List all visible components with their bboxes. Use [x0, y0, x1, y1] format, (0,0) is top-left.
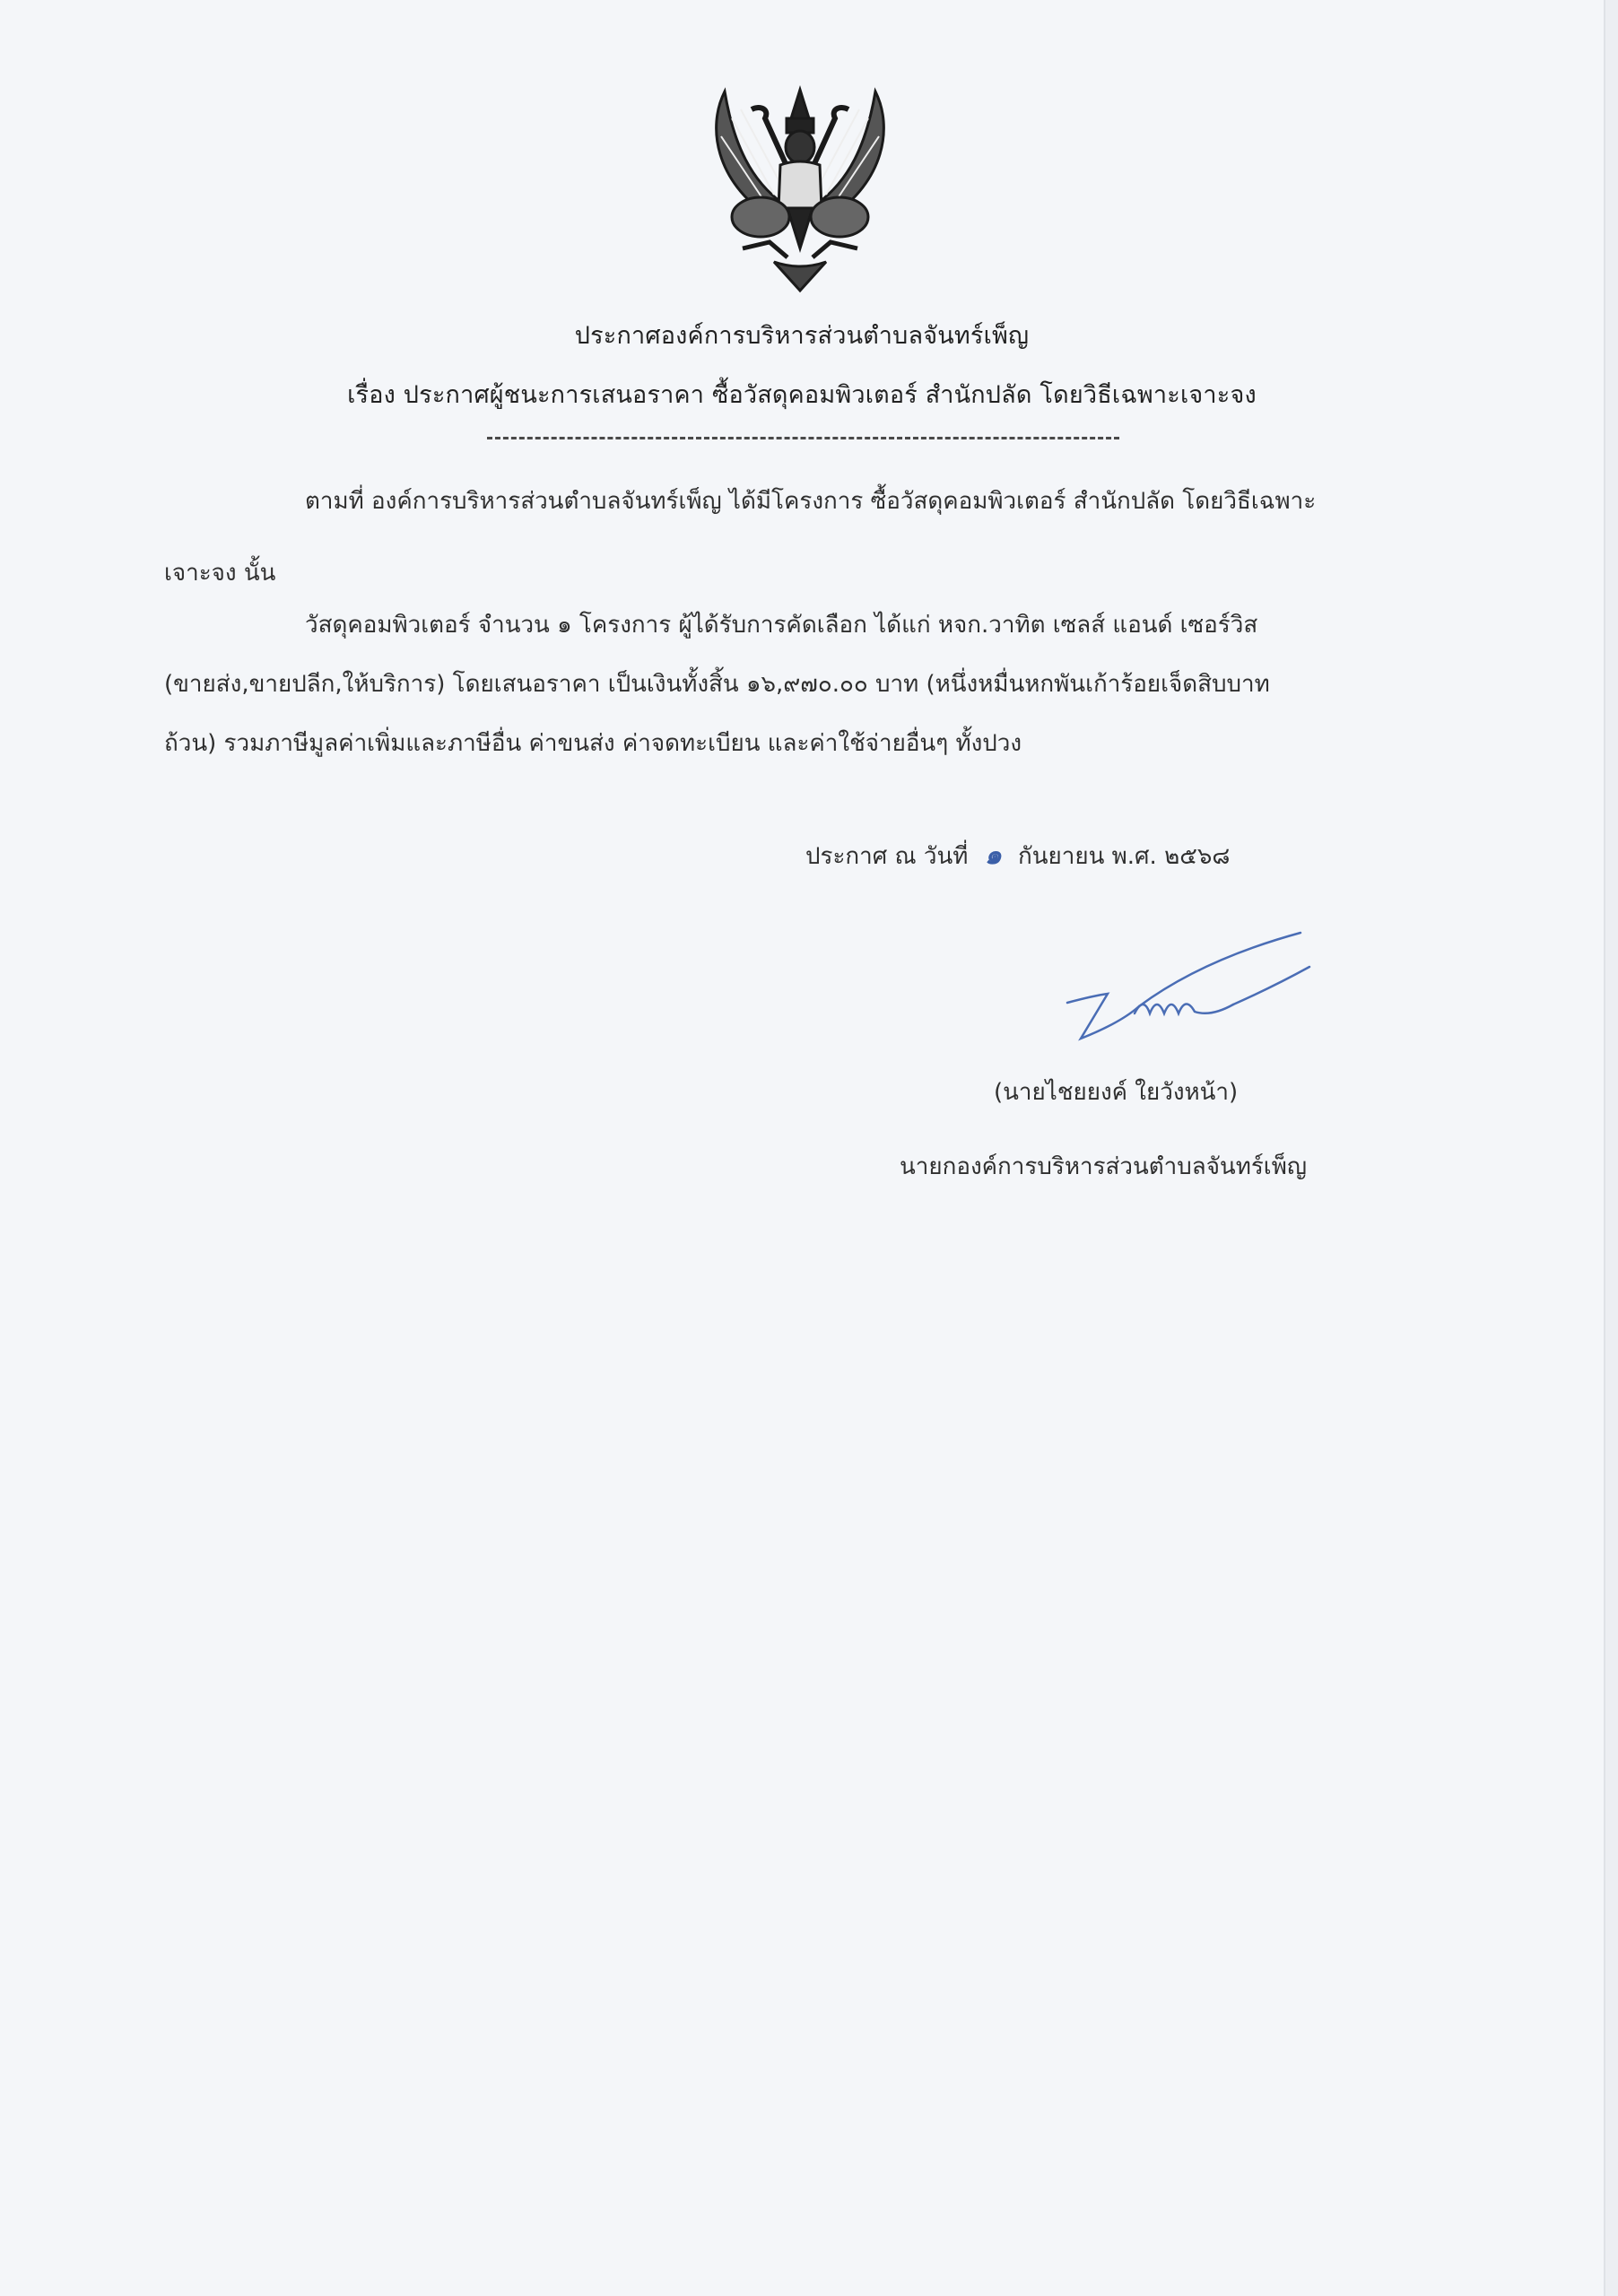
signatory-name: (นายไชยยงค์ ใยวังหน้า)	[994, 1074, 1238, 1110]
garuda-emblem-icon	[698, 83, 902, 294]
document-title: ประกาศองค์การบริหารส่วนตำบลจันทร์เพ็ญ	[0, 316, 1604, 354]
date-day-handwritten: ๑	[985, 839, 1002, 871]
separator-line	[487, 437, 1119, 439]
date-prefix: ประกาศ ณ วันที่	[805, 843, 968, 870]
body-paragraph-1-line-1: ตามที่ องค์การบริหารส่วนตำบลจันทร์เพ็ญ ไ…	[305, 483, 1316, 519]
date-month-year: กันยายน พ.ศ. ๒๕๖๘	[1018, 843, 1230, 870]
handwritten-signature-icon	[1040, 924, 1327, 1049]
document-subject: เรื่อง ประกาศผู้ชนะการเสนอราคา ซื้อวัสดุ…	[0, 375, 1604, 413]
signatory-position: นายกองค์การบริหารส่วนตำบลจันทร์เพ็ญ	[900, 1148, 1307, 1185]
document-page: ประกาศองค์การบริหารส่วนตำบลจันทร์เพ็ญ เร…	[0, 0, 1605, 2296]
body-paragraph-2-line-2: (ขายส่ง,ขายปลีก,ให้บริการ) โดยเสนอราคา เ…	[164, 665, 1270, 702]
body-paragraph-2-line-1: วัสดุคอมพิวเตอร์ จำนวน ๑ โครงการ ผู้ได้ร…	[305, 606, 1257, 643]
body-paragraph-1-line-2: เจาะจง นั้น	[164, 554, 275, 591]
announcement-date: ประกาศ ณ วันที่ ๑ กันยายน พ.ศ. ๒๕๖๘	[805, 834, 1230, 876]
body-paragraph-2-line-3: ถ้วน) รวมภาษีมูลค่าเพิ่มและภาษีอื่น ค่าข…	[164, 725, 1022, 761]
